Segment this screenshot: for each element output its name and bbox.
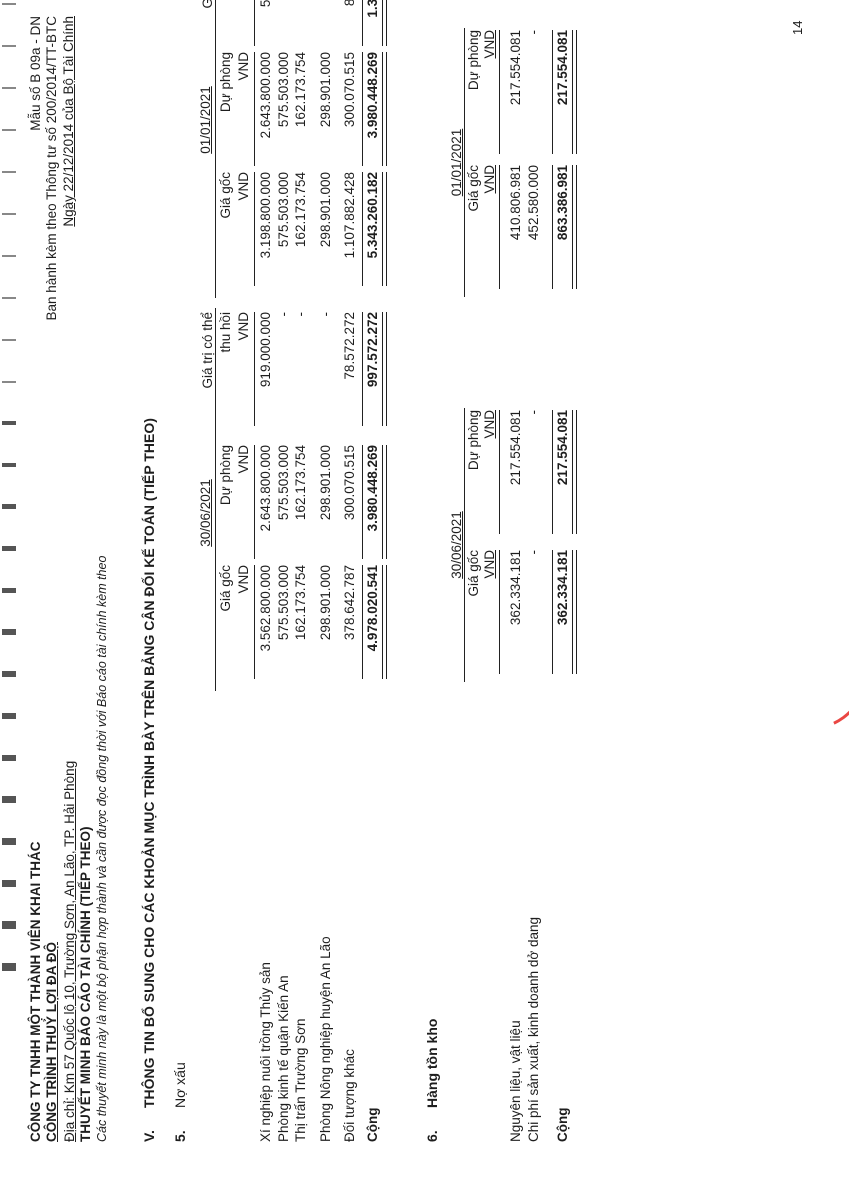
table-cell: 300.070.515 bbox=[342, 445, 357, 563]
binding-mark bbox=[2, 463, 16, 467]
column-rule bbox=[254, 172, 255, 286]
table-cell: 575.503.000 bbox=[276, 172, 291, 290]
subtotal-rule bbox=[362, 312, 363, 426]
column-rule bbox=[254, 445, 255, 559]
column-header-cost: Giá gốc bbox=[466, 550, 482, 680]
binding-mark bbox=[2, 880, 16, 887]
table-cell: 575.503.000 bbox=[276, 565, 291, 683]
row-label: Phòng Nông nghiệp huyện An Lão bbox=[318, 936, 333, 1142]
total-double-rule bbox=[572, 30, 577, 154]
row-label: Nguyên liệu, vật liệu bbox=[508, 1020, 523, 1142]
total-cell: 5.343.260.182 bbox=[365, 172, 380, 290]
column-unit: VND bbox=[482, 30, 498, 160]
table-cell: 300.070.515 bbox=[342, 52, 357, 170]
column-header-provision: Dự phòng bbox=[218, 52, 234, 170]
table-cell: 452.580.000 bbox=[526, 165, 541, 295]
table-cell: 217.554.081 bbox=[508, 410, 523, 540]
subtotal-rule bbox=[552, 410, 553, 534]
subtotal-rule bbox=[552, 550, 553, 674]
binding-mark bbox=[2, 713, 16, 719]
subsection-title-inventory: Hàng tồn kho bbox=[424, 1019, 440, 1108]
company-address: Địa chỉ: Km 57 Quốc lộ 10, Trường Sơn, A… bbox=[62, 761, 78, 1142]
period-label: 30/06/2021 bbox=[449, 410, 464, 680]
column-header-recoverable: thu hồi bbox=[218, 0, 234, 50]
row-label: Chi phí sản xuất, kinh doanh dở dang bbox=[526, 917, 541, 1142]
subtotal-rule bbox=[362, 52, 363, 166]
binding-mark bbox=[2, 963, 16, 971]
column-header-provision: Dự phòng bbox=[466, 410, 482, 540]
total-double-rule bbox=[382, 445, 387, 559]
table-cell: 162.173.754 bbox=[293, 445, 308, 563]
table-cell: 362.334.181 bbox=[508, 550, 523, 680]
total-label: Cộng bbox=[365, 1108, 380, 1143]
column-header-provision: Dự phòng bbox=[218, 445, 234, 563]
binding-mark bbox=[2, 45, 16, 47]
subtotal-rule bbox=[552, 30, 553, 154]
scan-binding-marks bbox=[0, 0, 14, 1200]
total-double-rule bbox=[572, 410, 577, 534]
table-cell: 410.806.981 bbox=[508, 165, 523, 295]
form-circular: Ban hành kèm theo Thông tư số 200/2014/T… bbox=[44, 16, 60, 320]
total-cell: 3.980.448.269 bbox=[365, 52, 380, 170]
table-cell: 298.901.000 bbox=[318, 172, 333, 290]
column-rule bbox=[254, 565, 255, 679]
table-cell: 78.572.272 bbox=[342, 312, 357, 430]
subsection-title-bad-debt: Nợ xấu bbox=[172, 1062, 188, 1108]
table-cell: 162.173.754 bbox=[293, 172, 308, 290]
column-rule bbox=[254, 0, 255, 46]
binding-mark bbox=[2, 381, 16, 383]
total-cell: 1.362.811.913 bbox=[365, 0, 380, 50]
page-number: 14 bbox=[790, 21, 805, 35]
binding-mark bbox=[2, 297, 16, 299]
table-cell: - bbox=[293, 0, 308, 50]
column-rule bbox=[499, 550, 500, 674]
binding-mark bbox=[2, 213, 16, 215]
table-cell: 919.000.000 bbox=[258, 312, 273, 430]
period-label: 01/01/2021 bbox=[198, 20, 213, 220]
binding-mark bbox=[2, 671, 16, 677]
table-cell: - bbox=[526, 550, 541, 680]
table-cell: 1.107.882.428 bbox=[342, 172, 357, 290]
binding-mark bbox=[2, 3, 16, 5]
column-header-recoverable: Giá trị có thể bbox=[200, 0, 216, 50]
table-cell: - bbox=[293, 312, 308, 430]
column-rule bbox=[254, 312, 255, 426]
binding-mark bbox=[2, 339, 16, 341]
binding-mark bbox=[2, 87, 16, 89]
table-cell: 3.562.800.000 bbox=[258, 565, 273, 683]
column-unit: VND bbox=[236, 172, 252, 290]
table-cell: 378.642.787 bbox=[342, 565, 357, 683]
document-note: Các thuyết minh này là một bộ phận hợp t… bbox=[95, 556, 109, 1142]
column-unit: VND bbox=[236, 565, 252, 683]
subtotal-rule bbox=[362, 445, 363, 559]
period-label: 30/06/2021 bbox=[198, 413, 213, 613]
table-cell: - bbox=[526, 410, 541, 540]
subtotal-rule bbox=[362, 565, 363, 679]
table-cell: 298.901.000 bbox=[318, 565, 333, 683]
column-unit: VND bbox=[482, 165, 498, 295]
table-cell: 217.554.081 bbox=[508, 30, 523, 160]
total-cell: 997.572.272 bbox=[365, 312, 380, 430]
table-cell: 807.811.913 bbox=[342, 0, 357, 50]
total-double-rule bbox=[382, 312, 387, 426]
table-cell: 555.000.000 bbox=[258, 0, 273, 50]
total-cell: 3.980.448.269 bbox=[365, 445, 380, 563]
total-cell: 4.978.020.541 bbox=[365, 565, 380, 683]
binding-mark bbox=[2, 129, 16, 131]
table-cell: - bbox=[276, 312, 291, 430]
subtotal-rule bbox=[362, 172, 363, 286]
table-cell: - bbox=[526, 30, 541, 160]
red-seal-stamp bbox=[736, 598, 849, 747]
form-date: Ngày 22/12/2014 của Bộ Tài Chính bbox=[61, 16, 77, 227]
column-rule bbox=[254, 52, 255, 166]
company-name-line1: CÔNG TY TNHH MỘT THÀNH VIÊN KHAI THÁC bbox=[28, 842, 44, 1143]
binding-mark bbox=[2, 255, 16, 257]
table-cell: - bbox=[318, 312, 333, 430]
subsection-number-bad-debt: 5. bbox=[172, 1130, 188, 1142]
table-cell: 575.503.000 bbox=[276, 445, 291, 563]
form-code: Mẫu số B 09a - DN bbox=[28, 16, 44, 131]
column-unit: VND bbox=[236, 52, 252, 170]
document-title: THUYẾT MINH BÁO CÁO TÀI CHÍNH (TIẾP THEO… bbox=[78, 827, 94, 1143]
column-unit: VND bbox=[236, 445, 252, 563]
table-cell: 298.901.000 bbox=[318, 52, 333, 170]
row-label: Thị trấn Trường Sơn bbox=[293, 1018, 308, 1142]
subsection-number-inventory: 6. bbox=[424, 1130, 440, 1142]
column-header-provision: Dự phòng bbox=[466, 30, 482, 160]
total-double-rule bbox=[572, 165, 577, 289]
table-cell: - bbox=[276, 0, 291, 50]
binding-mark bbox=[2, 755, 16, 761]
column-unit: VND bbox=[236, 312, 252, 430]
table-cell: 2.643.800.000 bbox=[258, 445, 273, 563]
column-header-cost: Giá gốc bbox=[218, 172, 234, 290]
row-label: Đối tượng khác bbox=[342, 1049, 357, 1142]
table-cell: 575.503.000 bbox=[276, 52, 291, 170]
company-name-line2: CÔNG TRÌNH THUỶ LỢI ĐA ĐỘ bbox=[44, 942, 60, 1142]
subtotal-rule bbox=[552, 165, 553, 289]
table-cell: 298.901.000 bbox=[318, 445, 333, 563]
binding-mark bbox=[2, 838, 16, 845]
binding-mark bbox=[2, 796, 16, 803]
column-unit: VND bbox=[482, 410, 498, 540]
total-double-rule bbox=[382, 172, 387, 286]
total-cell: 863.386.981 bbox=[555, 165, 570, 295]
column-rule bbox=[499, 165, 500, 289]
row-label: Xí nghiệp nuôi trồng Thủy sản bbox=[258, 962, 273, 1142]
column-rule bbox=[499, 30, 500, 154]
binding-mark bbox=[2, 171, 16, 173]
section-number: V. bbox=[141, 1130, 157, 1142]
binding-mark bbox=[2, 421, 16, 425]
period-label: 01/01/2021 bbox=[449, 30, 464, 295]
column-header-cost: Giá gốc bbox=[218, 565, 234, 683]
row-label: Phòng kinh tế quận Kiến An bbox=[276, 975, 291, 1142]
binding-mark bbox=[2, 588, 16, 593]
table-header-rule bbox=[464, 28, 465, 297]
table-cell: 162.173.754 bbox=[293, 52, 308, 170]
subtotal-rule bbox=[362, 0, 363, 46]
column-header-recoverable: thu hồi bbox=[218, 312, 234, 430]
total-double-rule bbox=[382, 565, 387, 679]
binding-mark bbox=[2, 546, 16, 551]
column-unit: VND bbox=[482, 550, 498, 680]
column-unit: VND bbox=[236, 0, 252, 50]
column-header-cost: Giá gốc bbox=[466, 165, 482, 295]
total-label: Cộng bbox=[555, 1108, 570, 1143]
binding-mark bbox=[2, 504, 16, 509]
total-double-rule bbox=[382, 0, 387, 46]
table-cell: 162.173.754 bbox=[293, 565, 308, 683]
total-cell: 217.554.081 bbox=[555, 30, 570, 160]
column-header-recoverable: Giá trị có thể bbox=[200, 312, 216, 430]
binding-mark bbox=[2, 630, 16, 636]
document-page: CÔNG TY TNHH MỘT THÀNH VIÊN KHAI THÁC CÔ… bbox=[0, 0, 849, 1200]
total-double-rule bbox=[572, 550, 577, 674]
total-cell: 217.554.081 bbox=[555, 410, 570, 540]
table-cell: - bbox=[318, 0, 333, 50]
total-cell: 362.334.181 bbox=[555, 550, 570, 680]
table-cell: 3.198.800.000 bbox=[258, 172, 273, 290]
table-header-rule bbox=[464, 408, 465, 682]
binding-mark bbox=[2, 921, 16, 929]
total-double-rule bbox=[382, 52, 387, 166]
column-rule bbox=[499, 410, 500, 534]
table-cell: 2.643.800.000 bbox=[258, 52, 273, 170]
section-title: THÔNG TIN BỔ SUNG CHO CÁC KHOẢN MỤC TRÌN… bbox=[141, 418, 157, 1108]
